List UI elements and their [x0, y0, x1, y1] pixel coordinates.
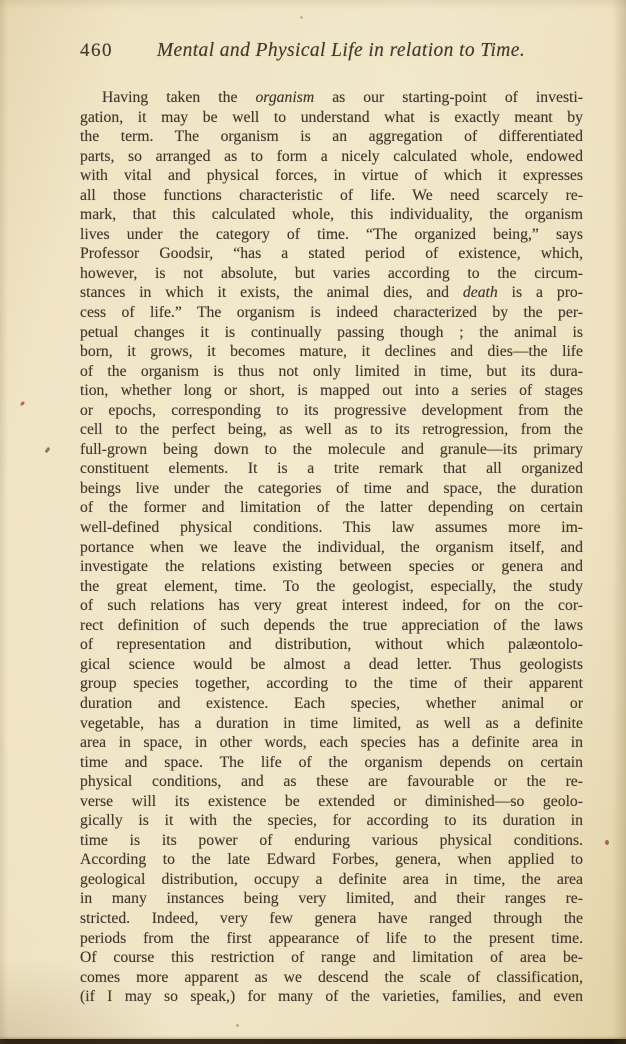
body-line: stricted. Indeed, very few genera have r…	[80, 909, 583, 929]
body-line: lives under the category of time. “The o…	[80, 225, 583, 245]
body-line: constituent elements. It is a trite rema…	[80, 459, 583, 479]
body-line: cell to the perfect being, as well as to…	[80, 420, 583, 440]
body-line: of such relations has very great interes…	[80, 596, 583, 616]
foxing-speck	[236, 1024, 239, 1027]
foxing-speck	[300, 16, 303, 19]
text-segment: portance when we leave the individual, t…	[80, 539, 583, 556]
text-segment: Of course this restriction of range and …	[80, 949, 583, 966]
body-line: gation, it may be well to understand wha…	[80, 108, 583, 128]
text-segment: lives under the category of time. “The o…	[80, 226, 583, 243]
body-line: born, it grows, it becomes mature, it de…	[80, 342, 583, 362]
text-segment: as our starting-point of investi-	[314, 89, 583, 106]
text-segment: rect definition of such depends the true…	[80, 617, 583, 634]
text-segment: time and space. The life of the organism…	[80, 754, 583, 771]
text-segment: of the former and limitation of the latt…	[80, 499, 583, 516]
body-line: comes more apparent as we descend the sc…	[80, 968, 583, 988]
body-line: full-grown being down to the molecule an…	[80, 440, 583, 460]
foxing-speck	[20, 401, 26, 407]
foxing-speck	[44, 447, 50, 454]
body-line: however, is not absolute, but varies acc…	[80, 264, 583, 284]
text-segment: born, it grows, it becomes mature, it de…	[80, 343, 583, 360]
page-header: 460 Mental and Physical Life in relation…	[80, 40, 583, 62]
body-line: physical conditions, and as these are fa…	[80, 772, 583, 792]
text-segment: all those functions characteristic of li…	[80, 187, 583, 204]
text-segment: of representation and distribution, with…	[80, 636, 583, 653]
text-segment: parts, so arranged as to form a nicely c…	[80, 148, 583, 165]
text-segment: (if I may so speak,) for many of the var…	[80, 988, 583, 1005]
text-segment: geological distribution, occupy a defini…	[80, 871, 583, 888]
text-segment: cell to the perfect being, as well as to…	[80, 421, 583, 438]
text-segment: full-grown being down to the molecule an…	[80, 441, 583, 458]
body-line: rect definition of such depends the true…	[80, 616, 583, 636]
body-line: Having taken the organism as our startin…	[80, 88, 583, 108]
body-line: time is its power of enduring various ph…	[80, 831, 583, 851]
body-line: gical science would be almost a dead let…	[80, 655, 583, 675]
body-line: duration and existence. Each species, wh…	[80, 694, 583, 714]
text-segment: comes more apparent as we descend the sc…	[80, 969, 583, 986]
text-segment: group species together, according to the…	[80, 675, 583, 692]
body-line: vegetable, has a duration in time limite…	[80, 714, 583, 734]
body-line: beings live under the categories of time…	[80, 479, 583, 499]
body-line: of representation and distribution, with…	[80, 635, 583, 655]
book-page: 460 Mental and Physical Life in relation…	[0, 0, 626, 1044]
body-line: the great element, time. To the geologis…	[80, 577, 583, 597]
italic-text: death	[463, 284, 498, 301]
body-line: (if I may so speak,) for many of the var…	[80, 987, 583, 1007]
text-segment: investigate the relations existing betwe…	[80, 558, 583, 575]
foxing-speck	[605, 840, 609, 845]
text-segment: Having taken the	[102, 89, 255, 106]
body-line: mark, that this calculated whole, this i…	[80, 205, 583, 225]
text-segment: gically is it with the species, for acco…	[80, 812, 583, 829]
body-line: stances in which it exists, the animal d…	[80, 283, 583, 303]
italic-text: organism	[255, 89, 314, 106]
text-segment: the term. The organism is an aggregation…	[80, 128, 583, 145]
scan-edge-bottom	[0, 1039, 626, 1044]
body-line: of the organism is thus not only limited…	[80, 362, 583, 382]
text-segment: however, is not absolute, but varies acc…	[80, 265, 583, 282]
body-line: periods from the first appearance of lif…	[80, 929, 583, 949]
body-line: group species together, according to the…	[80, 674, 583, 694]
text-segment: tion, whether long or short, is mapped o…	[80, 382, 583, 399]
text-segment: physical conditions, and as these are fa…	[80, 773, 583, 790]
body-line: According to the late Edward Forbes, gen…	[80, 850, 583, 870]
body-line: of the former and limitation of the latt…	[80, 498, 583, 518]
text-segment: of such relations has very great interes…	[80, 597, 583, 614]
text-segment: gical science would be almost a dead let…	[80, 656, 583, 673]
body-line: Professor Goodsir, “has a stated period …	[80, 244, 583, 264]
text-segment: gation, it may be well to understand wha…	[80, 109, 583, 126]
body-line: verse will its existence be extended or …	[80, 792, 583, 812]
text-segment: cess of life.” The organism is indeed ch…	[80, 304, 583, 321]
body-line: the term. The organism is an aggregation…	[80, 127, 583, 147]
text-segment: area in space, in other words, each spec…	[80, 734, 583, 751]
text-segment: duration and existence. Each species, wh…	[80, 695, 583, 712]
body-text: Having taken the organism as our startin…	[80, 88, 583, 1007]
text-segment: the great element, time. To the geologis…	[80, 578, 583, 595]
body-line: in many instances being very limited, an…	[80, 889, 583, 909]
body-line: cess of life.” The organism is indeed ch…	[80, 303, 583, 323]
text-segment: Professor Goodsir, “has a stated period …	[80, 245, 583, 262]
body-line: parts, so arranged as to form a nicely c…	[80, 147, 583, 167]
body-line: portance when we leave the individual, t…	[80, 538, 583, 558]
text-segment: beings live under the categories of time…	[80, 480, 583, 497]
body-line: investigate the relations existing betwe…	[80, 557, 583, 577]
text-segment: or epochs, corresponding to its progress…	[80, 402, 583, 419]
body-line: or epochs, corresponding to its progress…	[80, 401, 583, 421]
text-segment: stances in which it exists, the animal d…	[80, 284, 463, 301]
body-line: Of course this restriction of range and …	[80, 948, 583, 968]
body-line: area in space, in other words, each spec…	[80, 733, 583, 753]
text-segment: petual changes it is continually passing…	[80, 324, 583, 341]
body-line: time and space. The life of the organism…	[80, 753, 583, 773]
body-line: tion, whether long or short, is mapped o…	[80, 381, 583, 401]
text-segment: well-defined physical conditions. This l…	[80, 519, 583, 536]
text-segment: time is its power of enduring various ph…	[80, 832, 583, 849]
text-segment: mark, that this calculated whole, this i…	[80, 206, 583, 223]
text-segment: of the organism is thus not only limited…	[80, 363, 583, 380]
running-title: Mental and Physical Life in relation to …	[113, 40, 583, 62]
text-segment: in many instances being very limited, an…	[80, 890, 583, 907]
body-line: geological distribution, occupy a defini…	[80, 870, 583, 890]
body-line: all those functions characteristic of li…	[80, 186, 583, 206]
text-segment: vegetable, has a duration in time limite…	[80, 715, 583, 732]
text-segment: with vital and physical forces, in virtu…	[80, 167, 583, 184]
text-segment: constituent elements. It is a trite rema…	[80, 460, 583, 477]
text-segment: According to the late Edward Forbes, gen…	[80, 851, 583, 868]
body-line: well-defined physical conditions. This l…	[80, 518, 583, 538]
body-line: gically is it with the species, for acco…	[80, 811, 583, 831]
body-line: petual changes it is continually passing…	[80, 323, 583, 343]
text-segment: periods from the first appearance of lif…	[80, 930, 583, 947]
text-segment: verse will its existence be extended or …	[80, 793, 583, 810]
body-line: with vital and physical forces, in virtu…	[80, 166, 583, 186]
page-number: 460	[80, 40, 113, 62]
text-segment: is a pro-	[498, 284, 583, 301]
text-segment: stricted. Indeed, very few genera have r…	[80, 910, 583, 927]
